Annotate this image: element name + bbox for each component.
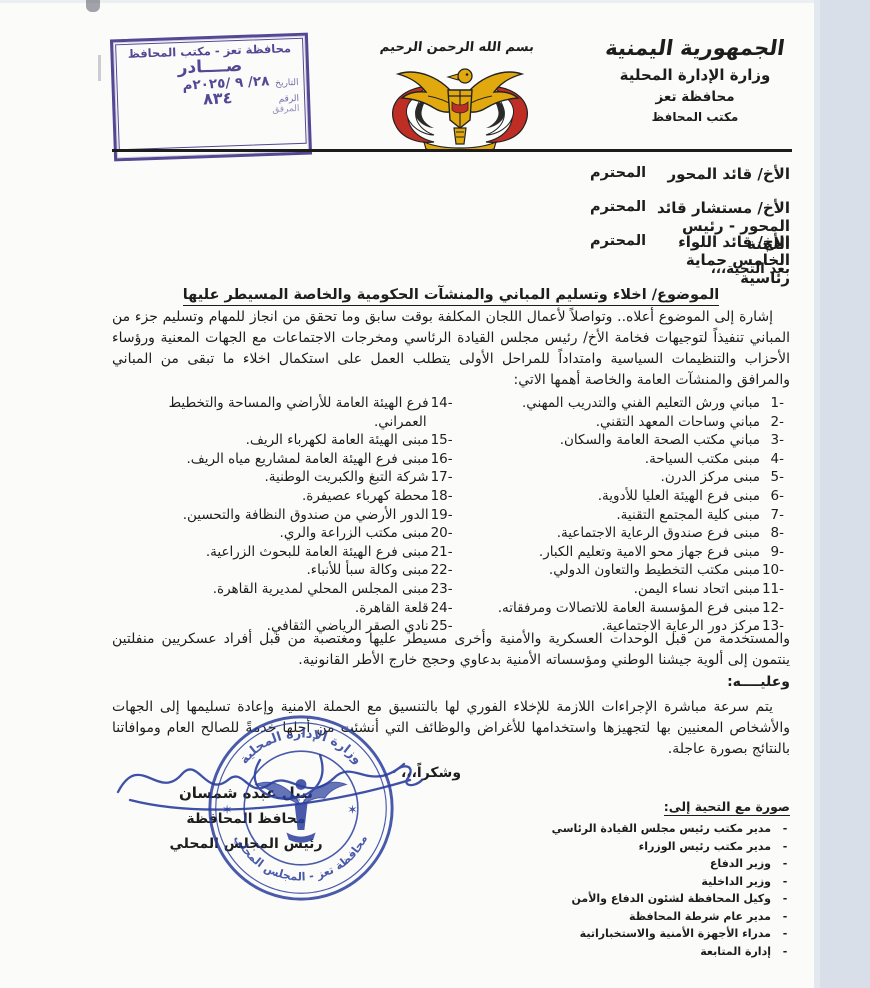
addressee-list: الأخ/ قائد المحور المحترم الأخ/ مستشار ق… <box>112 165 790 267</box>
list-item: 2-مباني وساحات المعهد التقني. <box>463 413 784 432</box>
honorific: المحترم <box>590 165 646 181</box>
list-item-number: 23- <box>431 580 453 599</box>
list-item-text: قلعة القاهرة. <box>355 600 431 616</box>
list-item: 7-مبنى كلية المجتمع التقنية. <box>463 506 784 525</box>
list-item-text: مبنى فرع صندوق الرعاية الاجتماعية. <box>557 525 762 541</box>
list-item-text: مبنى مركز الدرن. <box>661 469 762 485</box>
scan-mark <box>98 55 101 81</box>
cc-item: - مدير مكتب رئيس الوزراء <box>478 838 790 856</box>
cc-title: صورة مع التحية إلى: <box>664 799 790 816</box>
list-item-number: 11- <box>762 580 784 599</box>
cc-item-text: مدراء الأجهزة الأمنية والاستخباراتية <box>580 925 771 943</box>
addressee-name: الأخ/ قائد اللواء الخامس حماية رئاسية <box>646 233 790 287</box>
list-item-text: مبنى فرع الهيئة العامة للبحوث الزراعية. <box>206 544 431 560</box>
list-item-text: مباني وساحات المعهد التقني. <box>596 414 762 430</box>
list-item: 3-مباني مكتب الصحة العامة والسكان. <box>463 431 784 450</box>
list-item: 8-مبنى فرع صندوق الرعاية الاجتماعية. <box>463 524 784 543</box>
list-item-number: 3- <box>762 431 784 450</box>
governorate-title: محافظة تعز <box>578 89 812 105</box>
cc-bullet: - <box>780 890 790 908</box>
list-item-number: 14- <box>431 394 453 413</box>
list-item-number: 7- <box>762 506 784 525</box>
honorific: المحترم <box>590 233 646 249</box>
list-item-text: مبنى مكتب الزراعة والري. <box>280 525 431 541</box>
list-item-text: مباني ورش التعليم الفني والتدريب المهني. <box>522 395 762 411</box>
list-item-number: 19- <box>431 506 453 525</box>
subject-line: الموضوع/ اخلاء وتسليم المباني والمنشآت ا… <box>183 287 720 306</box>
cc-item-text: مدير مكتب رئيس الوزراء <box>639 838 771 856</box>
cc-item: - وزير الداخلية <box>478 873 790 891</box>
list-item-text: مبنى كلية المجتمع التقنية. <box>616 507 762 523</box>
list-item-text: مبنى الهيئة العامة لكهرباء الريف. <box>246 432 431 448</box>
stamp-number-value: ٨٣٤ <box>203 90 233 108</box>
scan-smudge <box>86 0 100 12</box>
list-item: 19-الدور الأرضي من صندوق النظافة والتحسي… <box>112 506 453 525</box>
cc-item-text: وكيل المحافظة لشئون الدفاع والأمن <box>572 890 772 908</box>
svg-text:وزارة الإدارة المحلية: وزارة الإدارة المحلية <box>237 726 365 767</box>
list-item-number: 2- <box>762 413 784 432</box>
list-item: 16-مبنى فرع الهيئة العامة لمشاريع مياه ا… <box>112 450 453 469</box>
buildings-list: 1-مباني ورش التعليم الفني والتدريب المهن… <box>112 394 790 636</box>
cc-bullet: - <box>780 838 790 856</box>
list-item: 12-مبنى فرع المؤسسة العامة للاتصالات ومر… <box>463 599 784 618</box>
list-item-number: 24- <box>431 599 453 618</box>
addressee-row: الأخ/ قائد المحور المحترم <box>112 165 790 199</box>
buildings-list-col-14-25: 14-فرع الهيئة العامة للأراضي والمساحة وا… <box>112 394 453 636</box>
list-item-number: 15- <box>431 431 453 450</box>
list-item-number: 8- <box>762 524 784 543</box>
cc-item: - وكيل المحافظة لشئون الدفاع والأمن <box>478 890 790 908</box>
letterhead-text: الجمهورية اليمنية وزارة الإدارة المحلية … <box>578 36 812 124</box>
list-item-number: 18- <box>431 487 453 506</box>
list-item-text: مبنى فرع الهيئة العليا للأدوية. <box>598 488 762 504</box>
cc-bullet: - <box>780 820 790 838</box>
subject-wrap: الموضوع/ اخلاء وتسليم المباني والمنشآت ا… <box>112 284 790 306</box>
ministry-title: وزارة الإدارة المحلية <box>578 66 812 84</box>
cc-item: - مدير مكتب رئيس مجلس القيادة الرئاسي <box>478 820 790 838</box>
scan-edge-top <box>0 0 814 3</box>
cc-bullet: - <box>780 925 790 943</box>
list-item: 5-مبنى مركز الدرن. <box>463 468 784 487</box>
official-round-seal: وزارة الإدارة المحلية محافظة تعز - المجل… <box>203 710 399 906</box>
seal-eagle-icon <box>256 780 346 843</box>
list-item: 21-مبنى فرع الهيئة العامة للبحوث الزراعي… <box>112 543 453 562</box>
list-item-number: 6- <box>762 487 784 506</box>
cc-item-text: وزير الدفاع <box>710 855 771 873</box>
list-item-text: مبنى مكتب السياحة. <box>645 451 762 467</box>
outgoing-registry-stamp: محافظة تعز - مكتب المحافظ صــــادر التار… <box>110 33 312 162</box>
list-item-number: 20- <box>431 524 453 543</box>
list-item-text: مبنى فرع جهاز محو الامية وتعليم الكبار. <box>539 544 762 560</box>
stamp-attachment-label: المرفق <box>272 105 300 115</box>
honorific: المحترم <box>590 199 646 215</box>
list-item-text: فرع الهيئة العامة للأراضي والمساحة والتخ… <box>169 395 431 430</box>
list-item-number: 4- <box>762 450 784 469</box>
list-item-text: شركة التبغ والكبريت الوطنية. <box>264 469 430 485</box>
republic-title: الجمهورية اليمنية <box>576 36 814 61</box>
cc-item: - إدارة المتابعة <box>478 943 790 961</box>
list-item-number: 5- <box>762 468 784 487</box>
bismillah-calligraphy: بسم الله الرحمن الرحيم <box>361 40 553 55</box>
list-item: 4-مبنى مكتب السياحة. <box>463 450 784 469</box>
list-item: 1-مباني ورش التعليم الفني والتدريب المهن… <box>463 394 784 413</box>
list-item: 20-مبنى مكتب الزراعة والري. <box>112 524 453 543</box>
cc-item: - مدير عام شرطة المحافظة <box>478 908 790 926</box>
list-item: 24-قلعة القاهرة. <box>112 599 453 618</box>
list-item-text: مبنى فرع المؤسسة العامة للاتصالات ومرفقا… <box>498 600 762 616</box>
list-item-text: مبنى اتحاد نساء اليمن. <box>634 581 762 597</box>
list-item-text: مبنى مكتب التخطيط والتعاون الدولي. <box>549 562 762 578</box>
cc-item-text: مدير عام شرطة المحافظة <box>629 908 771 926</box>
therefore-line: وعليــــه: <box>112 674 790 690</box>
cc-bullet: - <box>780 873 790 891</box>
seal-ring-top-text: وزارة الإدارة المحلية <box>237 726 365 767</box>
list-item: 9-مبنى فرع جهاز محو الامية وتعليم الكبار… <box>463 543 784 562</box>
greeting-line: بعد التحية،،، <box>112 261 790 277</box>
list-item-number: 17- <box>431 468 453 487</box>
cc-item-text: مدير مكتب رئيس مجلس القيادة الرئاسي <box>552 820 771 838</box>
list-item-number: 21- <box>431 543 453 562</box>
list-item-text: مبنى وكالة سبأ للأنباء. <box>306 562 430 578</box>
list-item-text: الدور الأرضي من صندوق النظافة والتحسين. <box>183 507 431 523</box>
cc-items: - مدير مكتب رئيس مجلس القيادة الرئاسي - … <box>478 820 790 960</box>
list-item: 14-فرع الهيئة العامة للأراضي والمساحة وا… <box>112 394 453 431</box>
list-item: 6-مبنى فرع الهيئة العليا للأدوية. <box>463 487 784 506</box>
list-item: 15-مبنى الهيئة العامة لكهرباء الريف. <box>112 431 453 450</box>
list-item: 18-محطة كهرباء عصيفرة. <box>112 487 453 506</box>
cc-section: صورة مع التحية إلى: - مدير مكتب رئيس مجل… <box>478 796 790 960</box>
document-page: محافظة تعز - مكتب المحافظ صــــادر التار… <box>0 0 870 988</box>
cc-bullet: - <box>780 943 790 961</box>
buildings-list-col-1-13: 1-مباني ورش التعليم الفني والتدريب المهن… <box>463 394 790 636</box>
stamp-inner-frame: محافظة تعز - مكتب المحافظ صــــادر التار… <box>115 38 307 150</box>
list-item-number: 16- <box>431 450 453 469</box>
list-item: 10-مبنى مكتب التخطيط والتعاون الدولي. <box>463 561 784 580</box>
list-item-text: محطة كهرباء عصيفرة. <box>302 488 431 504</box>
list-item-number: 1- <box>762 394 784 413</box>
stamp-date-label: التاريخ <box>275 79 299 89</box>
cc-item: - وزير الدفاع <box>478 855 790 873</box>
cc-item-text: إدارة المتابعة <box>700 943 771 961</box>
header-divider <box>112 149 792 152</box>
seal-star-left: ✶ <box>222 803 233 818</box>
yemen-coat-of-arms-icon <box>368 58 552 152</box>
seal-star-right: ✶ <box>347 803 358 818</box>
addressee-name: الأخ/ قائد المحور <box>668 165 790 183</box>
body-after-list-paragraph: والمستخدمة من قبل الوحدات العسكرية والأم… <box>112 629 790 671</box>
list-item: 23-مبنى المجلس المحلي لمديرية القاهرة. <box>112 580 453 599</box>
cc-item: - مدراء الأجهزة الأمنية والاستخباراتية <box>478 925 790 943</box>
list-item: 11-مبنى اتحاد نساء اليمن. <box>463 580 784 599</box>
list-item-text: مبنى فرع الهيئة العامة لمشاريع مياه الري… <box>186 451 430 467</box>
cc-bullet: - <box>780 908 790 926</box>
cc-bullet: - <box>780 855 790 873</box>
list-item: 17-شركة التبغ والكبريت الوطنية. <box>112 468 453 487</box>
list-item-number: 10- <box>762 561 784 580</box>
body-intro-paragraph: إشارة إلى الموضوع أعلاه.. وتواصلاً لأعما… <box>112 307 790 391</box>
list-item-number: 9- <box>762 543 784 562</box>
scan-edge-band <box>814 0 870 988</box>
office-title: مكتب المحافظ <box>578 110 812 124</box>
list-item-number: 22- <box>431 561 453 580</box>
list-item-number: 12- <box>762 599 784 618</box>
list-item-text: مباني مكتب الصحة العامة والسكان. <box>560 432 762 448</box>
list-item-text: مبنى المجلس المحلي لمديرية القاهرة. <box>213 581 431 597</box>
addressee-row: الأخ/ مستشار قائد المحور - رئيس اللجنة ا… <box>112 199 790 233</box>
list-item: 22-مبنى وكالة سبأ للأنباء. <box>112 561 453 580</box>
cc-item-text: وزير الداخلية <box>701 873 771 891</box>
